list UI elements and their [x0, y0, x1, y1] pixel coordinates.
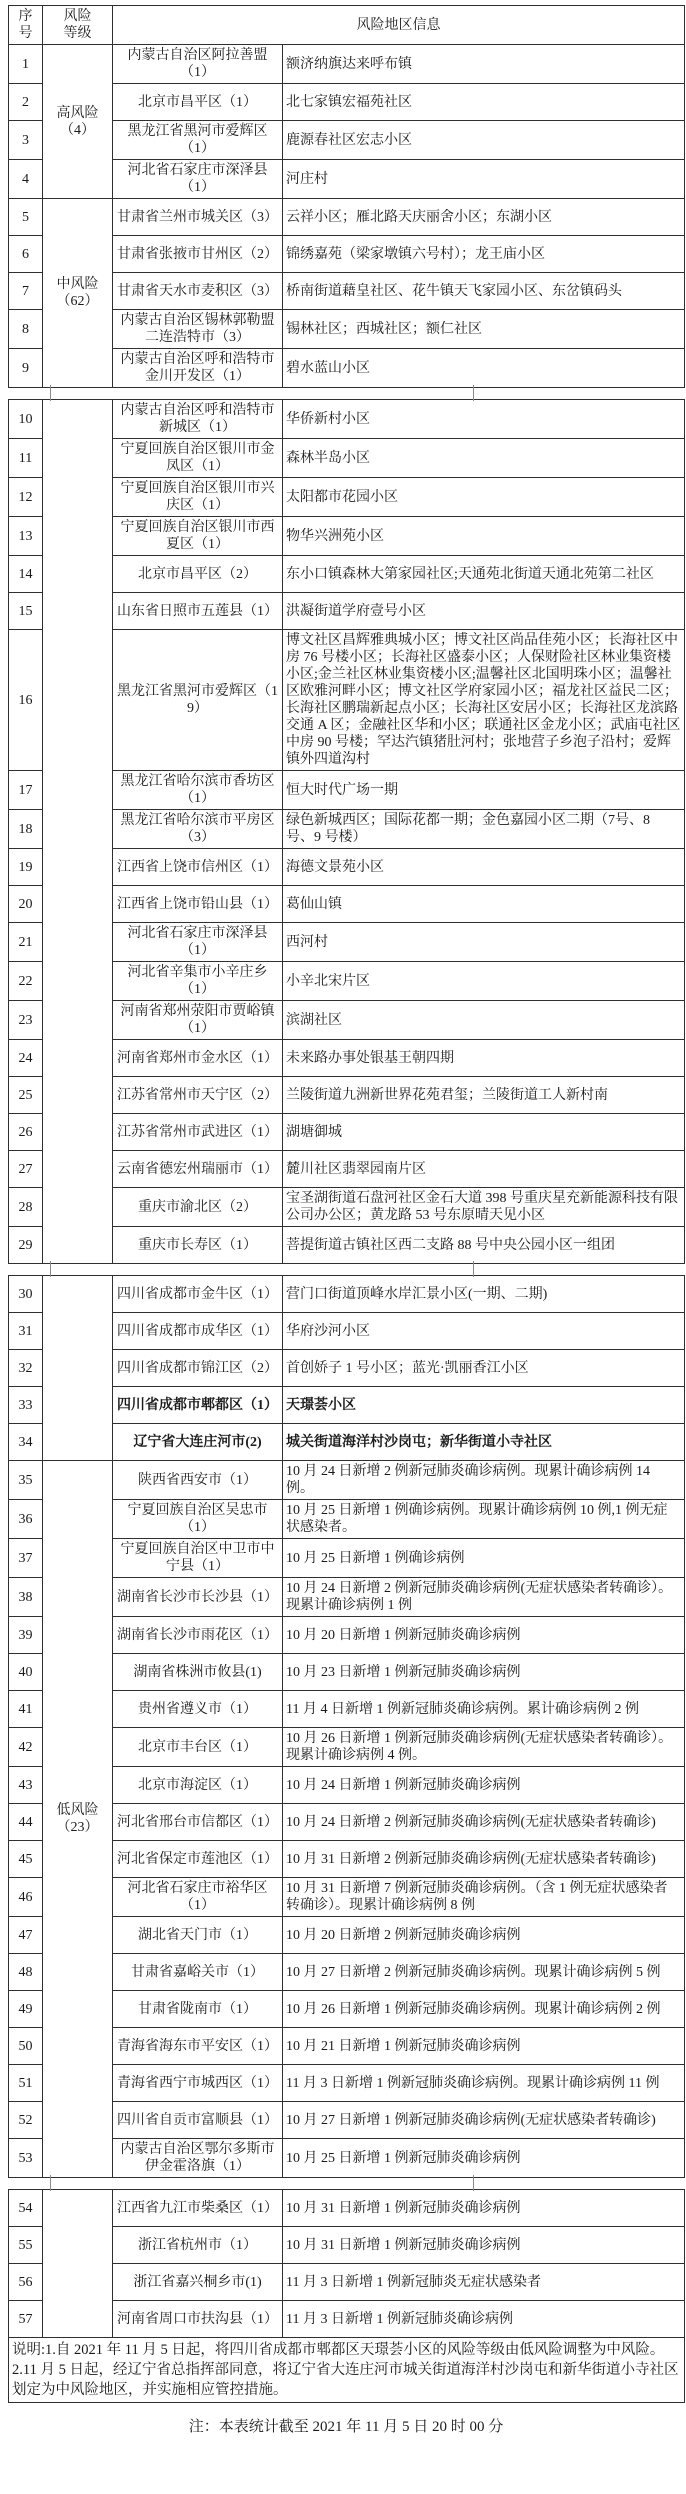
info-cell: 10 月 26 日新增 1 例新冠肺炎确诊病例(无症状感染者转确诊）。现累计确诊…: [283, 1728, 685, 1767]
region-cell: 黑龙江省黑河市爱辉区（19）: [113, 630, 283, 771]
region-cell: 甘肃省嘉峪关市（1）: [113, 1954, 283, 1991]
row-number-cell: 1: [9, 45, 43, 84]
table-row: 54江西省九江市柴桑区（1）10 月 31 日新增 1 例新冠肺炎确诊病例: [9, 2190, 685, 2227]
row-number-cell: 12: [9, 478, 43, 517]
region-cell: 甘肃省张掖市甘州区（2）: [113, 236, 283, 273]
info-cell: 11 月 3 日新增 1 例新冠肺炎确诊病例。现累计确诊病例 11 例: [283, 2065, 685, 2102]
row-number-cell: 17: [9, 771, 43, 810]
risk-level-cell: [43, 1276, 113, 1461]
info-cell: 10 月 27 日新增 1 例新冠肺炎确诊病例(无症状感染者转确诊): [283, 2102, 685, 2139]
region-cell: 江苏省常州市天宁区（2）: [113, 1077, 283, 1114]
info-cell: 海德文景苑小区: [283, 849, 685, 886]
region-cell: 陕西省西安市（1）: [113, 1461, 283, 1500]
region-cell: 河南省周口市扶沟县（1）: [113, 2301, 283, 2338]
info-cell: 菩提街道古镇社区西二支路 88 号中央公园小区一组团: [283, 1227, 685, 1264]
page-break-gap: [8, 1264, 684, 1275]
footer-note: 注：本表统计截至 2021 年 11 月 5 日 20 时 00 分: [8, 2415, 684, 2436]
table-row: 35低风险 （23）陕西省西安市（1）10 月 24 日新增 2 例新冠肺炎确诊…: [9, 1461, 685, 1500]
info-cell: 10 月 21 日新增 1 例新冠肺炎确诊病例: [283, 2028, 685, 2065]
row-number-cell: 36: [9, 1500, 43, 1539]
region-cell: 江苏省常州市武进区（1）: [113, 1114, 283, 1151]
region-cell: 北京市海淀区（1）: [113, 1767, 283, 1804]
region-cell: 四川省成都市锦江区（2）: [113, 1350, 283, 1387]
info-cell: 西河村: [283, 923, 685, 962]
region-cell: 宁夏回族自治区银川市金凤区（1）: [113, 439, 283, 478]
row-number-cell: 57: [9, 2301, 43, 2338]
row-number-cell: 44: [9, 1804, 43, 1841]
info-cell: 恒大时代广场一期: [283, 771, 685, 810]
page-break-gap: [8, 388, 684, 399]
risk-level-cell: 低风险 （23）: [43, 1461, 113, 2178]
info-cell: 10 月 24 日新增 2 例新冠肺炎确诊病例(无症状感染者转确诊）。现累计确诊…: [283, 1578, 685, 1617]
risk-level-cell: [43, 2190, 113, 2338]
info-cell: 小辛北宋片区: [283, 962, 685, 1001]
region-cell: 内蒙古自治区呼和浩特市金川开发区（1）: [113, 349, 283, 388]
info-cell: 11 月 4 日新增 1 例新冠肺炎确诊病例。累计确诊病例 2 例: [283, 1691, 685, 1728]
risk-area-table: 序 号风险 等级风险地区信息1高风险 （4）内蒙古自治区阿拉善盟（1）额济纳旗达…: [8, 5, 686, 2403]
info-cell: 河庄村: [283, 160, 685, 199]
region-cell: 黑龙江省黑河市爱辉区（1）: [113, 121, 283, 160]
row-number-cell: 42: [9, 1728, 43, 1767]
info-cell: 10 月 31 日新增 1 例新冠肺炎确诊病例: [283, 2190, 685, 2227]
row-number-cell: 9: [9, 349, 43, 388]
risk-table-section-4: 54江西省九江市柴桑区（1）10 月 31 日新增 1 例新冠肺炎确诊病例55浙…: [8, 2189, 685, 2403]
region-cell: 贵州省遵义市（1）: [113, 1691, 283, 1728]
risk-level-cell: 中风险 （62）: [43, 199, 113, 388]
region-cell: 河北省石家庄市深泽县（1）: [113, 923, 283, 962]
region-cell: 宁夏回族自治区中卫市中宁县（1）: [113, 1539, 283, 1578]
region-cell: 河南省郑州荥阳市贾峪镇（1）: [113, 1001, 283, 1040]
column-header-number: 序 号: [9, 6, 43, 45]
row-number-cell: 15: [9, 593, 43, 630]
page-break-tick: [50, 1261, 51, 1277]
info-cell: 桥南街道藉皇社区、花牛镇天飞家园小区、东岔镇码头: [283, 273, 685, 310]
table-row: 1高风险 （4）内蒙古自治区阿拉善盟（1）额济纳旗达来呼布镇: [9, 45, 685, 84]
row-number-cell: 13: [9, 517, 43, 556]
page-break-tick: [473, 2175, 474, 2191]
region-cell: 浙江省杭州市（1）: [113, 2227, 283, 2264]
info-cell: 太阳都市花园小区: [283, 478, 685, 517]
info-cell: 城关街道海洋村沙岗屯；新华街道小寺社区: [283, 1424, 685, 1461]
row-number-cell: 18: [9, 810, 43, 849]
row-number-cell: 2: [9, 84, 43, 121]
info-cell: 额济纳旗达来呼布镇: [283, 45, 685, 84]
note-line-1: 说明:1.自 2021 年 11 月 5 日起，将四川省成都市郫都区天璟荟小区的…: [12, 2340, 681, 2360]
region-cell: 黑龙江省哈尔滨市香坊区（1）: [113, 771, 283, 810]
info-cell: 宝圣湖街道石盘河社区金石大道 398 号重庆星充新能源科技有限公司办公区；黄龙路…: [283, 1188, 685, 1227]
region-cell: 重庆市渝北区（2）: [113, 1188, 283, 1227]
region-cell: 湖南省株洲市攸县(1): [113, 1654, 283, 1691]
row-number-cell: 51: [9, 2065, 43, 2102]
row-number-cell: 49: [9, 1991, 43, 2028]
row-number-cell: 31: [9, 1313, 43, 1350]
row-number-cell: 27: [9, 1151, 43, 1188]
row-number-cell: 26: [9, 1114, 43, 1151]
info-cell: 华侨新村小区: [283, 400, 685, 439]
region-cell: 宁夏回族自治区银川市西夏区（1）: [113, 517, 283, 556]
info-cell: 10 月 25 日新增 1 例确诊病例: [283, 1539, 685, 1578]
region-cell: 甘肃省天水市麦积区（3）: [113, 273, 283, 310]
row-number-cell: 7: [9, 273, 43, 310]
region-cell: 浙江省嘉兴桐乡市(1): [113, 2264, 283, 2301]
notes-cell: 说明:1.自 2021 年 11 月 5 日起，将四川省成都市郫都区天璟荟小区的…: [9, 2338, 685, 2403]
info-cell: 10 月 31 日新增 2 例新冠肺炎确诊病例(无症状感染者转确诊): [283, 1841, 685, 1878]
row-number-cell: 50: [9, 2028, 43, 2065]
row-number-cell: 8: [9, 310, 43, 349]
region-cell: 内蒙古自治区鄂尔多斯市伊金霍洛旗（1）: [113, 2139, 283, 2178]
region-cell: 内蒙古自治区锡林郭勒盟二连浩特市（3）: [113, 310, 283, 349]
region-cell: 青海省海东市平安区（1）: [113, 2028, 283, 2065]
info-cell: 11 月 3 日新增 1 例新冠肺炎无症状感染者: [283, 2264, 685, 2301]
region-cell: 山东省日照市五莲县（1）: [113, 593, 283, 630]
info-cell: 10 月 24 日新增 1 例新冠肺炎确诊病例: [283, 1767, 685, 1804]
row-number-cell: 35: [9, 1461, 43, 1500]
info-cell: 锦绣嘉苑（梁家墩镇六号村）；龙王庙小区: [283, 236, 685, 273]
info-cell: 葛仙山镇: [283, 886, 685, 923]
info-cell: 10 月 24 日新增 2 例新冠肺炎确诊病例。现累计确诊病例 14 例。: [283, 1461, 685, 1500]
row-number-cell: 46: [9, 1878, 43, 1917]
region-cell: 河北省辛集市小辛庄乡（1）: [113, 962, 283, 1001]
info-cell: 未来路办事处银基王朝四期: [283, 1040, 685, 1077]
row-number-cell: 37: [9, 1539, 43, 1578]
info-cell: 10 月 31 日新增 1 例新冠肺炎确诊病例: [283, 2227, 685, 2264]
row-number-cell: 56: [9, 2264, 43, 2301]
risk-table-section-3: 30四川省成都市金牛区（1）营门口街道顶峰水岸汇景小区(一期、二期)31四川省成…: [8, 1275, 685, 2178]
info-cell: 云祥小区；雁北路天庆丽舍小区；东湖小区: [283, 199, 685, 236]
row-number-cell: 4: [9, 160, 43, 199]
info-cell: 兰陵街道九洲新世界花苑君玺；兰陵街道工人新村南: [283, 1077, 685, 1114]
risk-level-cell: [43, 400, 113, 1264]
row-number-cell: 48: [9, 1954, 43, 1991]
row-number-cell: 45: [9, 1841, 43, 1878]
info-cell: 森林半岛小区: [283, 439, 685, 478]
risk-table-section-2: 10内蒙古自治区呼和浩特市新城区（1）华侨新村小区11宁夏回族自治区银川市金凤区…: [8, 399, 685, 1264]
info-cell: 天璟荟小区: [283, 1387, 685, 1424]
row-number-cell: 28: [9, 1188, 43, 1227]
row-number-cell: 47: [9, 1917, 43, 1954]
row-number-cell: 52: [9, 2102, 43, 2139]
region-cell: 甘肃省陇南市（1）: [113, 1991, 283, 2028]
info-cell: 洪凝街道学府壹号小区: [283, 593, 685, 630]
info-cell: 北七家镇宏福苑社区: [283, 84, 685, 121]
row-number-cell: 32: [9, 1350, 43, 1387]
info-cell: 绿色新城西区；国际花都一期；金色嘉园小区二期（7号、8 号、9 号楼）: [283, 810, 685, 849]
region-cell: 湖南省长沙市雨花区（1）: [113, 1617, 283, 1654]
region-cell: 黑龙江省哈尔滨市平房区（3）: [113, 810, 283, 849]
region-cell: 河北省石家庄市裕华区（1）: [113, 1878, 283, 1917]
row-number-cell: 20: [9, 886, 43, 923]
region-cell: 青海省西宁市城西区（1）: [113, 2065, 283, 2102]
info-cell: 物华兴洲苑小区: [283, 517, 685, 556]
row-number-cell: 34: [9, 1424, 43, 1461]
region-cell: 内蒙古自治区阿拉善盟（1）: [113, 45, 283, 84]
info-cell: 博文社区昌辉雅典城小区；博文社区尚品佳苑小区；长海社区中房 76 号楼小区；长海…: [283, 630, 685, 771]
region-cell: 河北省邢台市信都区（1）: [113, 1804, 283, 1841]
region-cell: 湖北省天门市（1）: [113, 1917, 283, 1954]
region-cell: 云南省德宏州瑞丽市（1）: [113, 1151, 283, 1188]
region-cell: 四川省成都市成华区（1）: [113, 1313, 283, 1350]
table-row: 5中风险 （62）甘肃省兰州市城关区（3）云祥小区；雁北路天庆丽舍小区；东湖小区: [9, 199, 685, 236]
info-cell: 10 月 25 日新增 1 例确诊病例。现累计确诊病例 10 例,1 例无症状感…: [283, 1500, 685, 1539]
row-number-cell: 43: [9, 1767, 43, 1804]
row-number-cell: 33: [9, 1387, 43, 1424]
column-header-risk-area-info: 风险地区信息: [113, 6, 685, 45]
risk-table-section-1: 序 号风险 等级风险地区信息1高风险 （4）内蒙古自治区阿拉善盟（1）额济纳旗达…: [8, 5, 685, 388]
info-cell: 10 月 20 日新增 1 例新冠肺炎确诊病例: [283, 1617, 685, 1654]
info-cell: 碧水蓝山小区: [283, 349, 685, 388]
region-cell: 北京市丰台区（1）: [113, 1728, 283, 1767]
table-row: 10内蒙古自治区呼和浩特市新城区（1）华侨新村小区: [9, 400, 685, 439]
region-cell: 北京市昌平区（1）: [113, 84, 283, 121]
info-cell: 锡林社区；西城社区；额仁社区: [283, 310, 685, 349]
row-number-cell: 54: [9, 2190, 43, 2227]
row-number-cell: 6: [9, 236, 43, 273]
info-cell: 东小口镇森林大第家园社区;天通苑北街道天通北苑第二社区: [283, 556, 685, 593]
region-cell: 河北省石家庄市深泽县（1）: [113, 160, 283, 199]
column-header-risk-level: 风险 等级: [43, 6, 113, 45]
region-cell: 四川省成都市金牛区（1）: [113, 1276, 283, 1313]
info-cell: 麓川社区翡翠园南片区: [283, 1151, 685, 1188]
region-cell: 辽宁省大连庄河市(2): [113, 1424, 283, 1461]
info-cell: 10 月 23 日新增 1 例新冠肺炎确诊病例: [283, 1654, 685, 1691]
region-cell: 宁夏回族自治区银川市兴庆区（1）: [113, 478, 283, 517]
row-number-cell: 25: [9, 1077, 43, 1114]
region-cell: 四川省自贡市富顺县（1）: [113, 2102, 283, 2139]
row-number-cell: 53: [9, 2139, 43, 2178]
info-cell: 华府沙河小区: [283, 1313, 685, 1350]
row-number-cell: 10: [9, 400, 43, 439]
page-break-tick: [473, 1261, 474, 1277]
region-cell: 河北省保定市莲池区（1）: [113, 1841, 283, 1878]
info-cell: 鹿源春社区宏志小区: [283, 121, 685, 160]
region-cell: 重庆市长寿区（1）: [113, 1227, 283, 1264]
note-line-2: 2.11 月 5 日起，经辽宁省总指挥部同意，将辽宁省大连庄河市城关街道海洋村沙…: [12, 2360, 681, 2400]
document-page: 序 号风险 等级风险地区信息1高风险 （4）内蒙古自治区阿拉善盟（1）额济纳旗达…: [0, 0, 686, 2436]
header-row: 序 号风险 等级风险地区信息: [9, 6, 685, 45]
risk-level-cell: 高风险 （4）: [43, 45, 113, 199]
row-number-cell: 24: [9, 1040, 43, 1077]
region-cell: 内蒙古自治区呼和浩特市新城区（1）: [113, 400, 283, 439]
notes-row: 说明:1.自 2021 年 11 月 5 日起，将四川省成都市郫都区天璟荟小区的…: [9, 2338, 685, 2403]
row-number-cell: 40: [9, 1654, 43, 1691]
row-number-cell: 38: [9, 1578, 43, 1617]
row-number-cell: 22: [9, 962, 43, 1001]
info-cell: 10 月 25 日新增 1 例新冠肺炎确诊病例: [283, 2139, 685, 2178]
info-cell: 11 月 3 日新增 1 例新冠肺炎确诊病例: [283, 2301, 685, 2338]
row-number-cell: 30: [9, 1276, 43, 1313]
row-number-cell: 5: [9, 199, 43, 236]
row-number-cell: 39: [9, 1617, 43, 1654]
row-number-cell: 41: [9, 1691, 43, 1728]
row-number-cell: 55: [9, 2227, 43, 2264]
page-break-tick: [473, 385, 474, 401]
region-cell: 北京市昌平区（2）: [113, 556, 283, 593]
info-cell: 10 月 24 日新增 2 例新冠肺炎确诊病例(无症状感染者转确诊): [283, 1804, 685, 1841]
info-cell: 营门口街道顶峰水岸汇景小区(一期、二期): [283, 1276, 685, 1313]
region-cell: 甘肃省兰州市城关区（3）: [113, 199, 283, 236]
region-cell: 河南省郑州市金水区（1）: [113, 1040, 283, 1077]
row-number-cell: 19: [9, 849, 43, 886]
info-cell: 首创娇子 1 号小区；蓝光·凯丽香江小区: [283, 1350, 685, 1387]
info-cell: 滨湖社区: [283, 1001, 685, 1040]
region-cell: 四川省成都市郫都区（1）: [113, 1387, 283, 1424]
region-cell: 江西省上饶市铅山县（1）: [113, 886, 283, 923]
row-number-cell: 16: [9, 630, 43, 771]
region-cell: 湖南省长沙市长沙县（1）: [113, 1578, 283, 1617]
region-cell: 江西省上饶市信州区（1）: [113, 849, 283, 886]
page-break-tick: [50, 2175, 51, 2191]
page-break-tick: [50, 385, 51, 401]
info-cell: 湖塘御城: [283, 1114, 685, 1151]
row-number-cell: 21: [9, 923, 43, 962]
region-cell: 江西省九江市柴桑区（1）: [113, 2190, 283, 2227]
info-cell: 10 月 26 日新增 1 例新冠肺炎确诊病例。现累计确诊病例 2 例: [283, 1991, 685, 2028]
table-row: 30四川省成都市金牛区（1）营门口街道顶峰水岸汇景小区(一期、二期): [9, 1276, 685, 1313]
region-cell: 宁夏回族自治区吴忠市（1）: [113, 1500, 283, 1539]
page-break-gap: [8, 2178, 684, 2189]
row-number-cell: 14: [9, 556, 43, 593]
row-number-cell: 23: [9, 1001, 43, 1040]
info-cell: 10 月 27 日新增 2 例新冠肺炎确诊病例。现累计确诊病例 5 例: [283, 1954, 685, 1991]
info-cell: 10 月 31 日新增 7 例新冠肺炎确诊病例。（含 1 例无症状感染者转确诊）…: [283, 1878, 685, 1917]
info-cell: 10 月 20 日新增 2 例新冠肺炎确诊病例: [283, 1917, 685, 1954]
row-number-cell: 11: [9, 439, 43, 478]
row-number-cell: 3: [9, 121, 43, 160]
row-number-cell: 29: [9, 1227, 43, 1264]
